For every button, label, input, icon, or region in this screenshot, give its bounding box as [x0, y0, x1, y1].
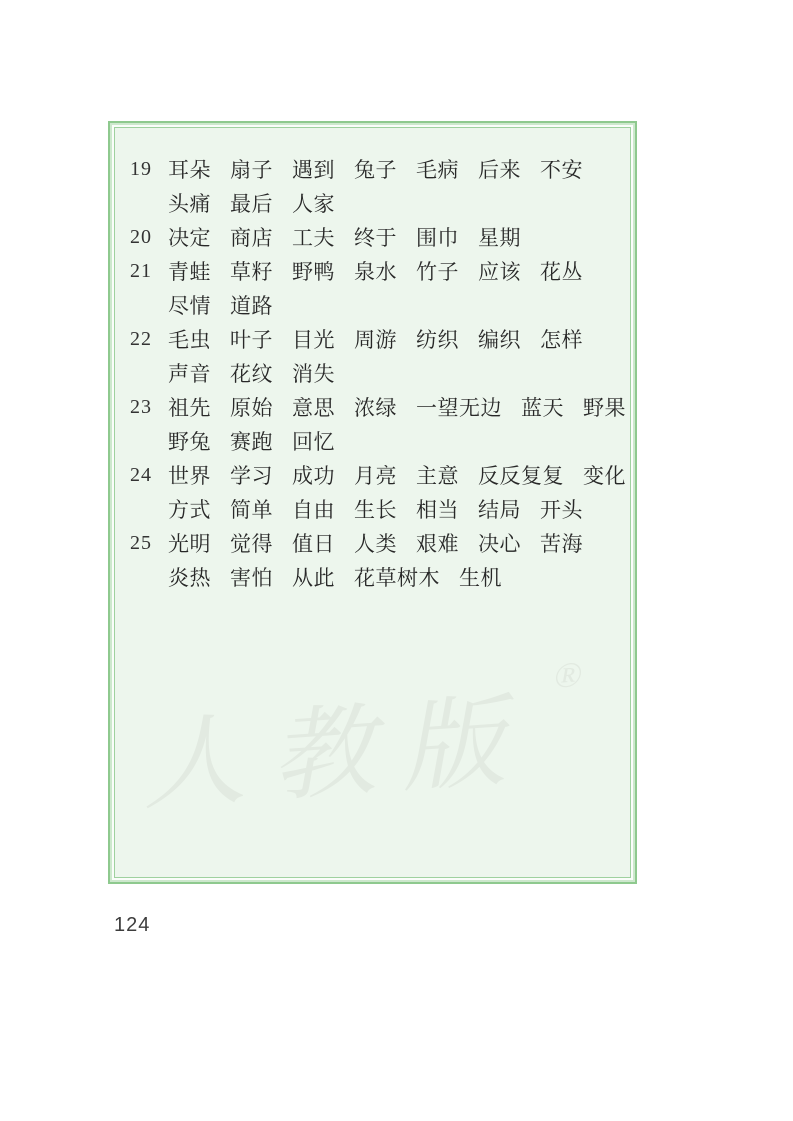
vocab-word: 叶子 — [230, 324, 273, 354]
vocab-word: 草籽 — [230, 256, 273, 286]
word-group: 尽情道路 — [168, 290, 273, 320]
word-group: 声音花纹消失 — [168, 358, 335, 388]
vocab-word: 不安 — [540, 154, 583, 184]
vocab-word: 遇到 — [292, 154, 335, 184]
vocab-word: 道路 — [230, 290, 273, 320]
vocab-word: 星期 — [478, 222, 521, 252]
vocab-word: 竹子 — [416, 256, 459, 286]
vocab-word: 纺织 — [416, 324, 459, 354]
vocab-word: 消失 — [292, 358, 335, 388]
vocab-word: 声音 — [168, 358, 211, 388]
vocab-line: 21青蛙草籽野鸭泉水竹子应该花丛 — [130, 254, 622, 288]
vocab-word: 浓绿 — [354, 392, 397, 422]
vocab-word: 一望无边 — [416, 392, 502, 422]
vocab-word: 花草树木 — [354, 562, 440, 592]
lesson-number: 19 — [130, 158, 168, 181]
lesson-number: 20 — [130, 226, 168, 249]
vocab-word: 赛跑 — [230, 426, 273, 456]
vocab-word: 尽情 — [168, 290, 211, 320]
vocab-line: 尽情道路 — [130, 288, 622, 322]
word-group: 祖先原始意思浓绿一望无边蓝天野果 — [168, 392, 626, 422]
vocab-word: 野兔 — [168, 426, 211, 456]
vocab-word: 工夫 — [292, 222, 335, 252]
vocab-word: 目光 — [292, 324, 335, 354]
vocab-line: 炎热害怕从此花草树木生机 — [130, 560, 622, 594]
lesson-number: 21 — [130, 260, 168, 283]
vocab-word: 头痛 — [168, 188, 211, 218]
vocab-line: 25光明觉得值日人类艰难决心苦海 — [130, 526, 622, 560]
vocab-word: 决定 — [168, 222, 211, 252]
vocab-word: 艰难 — [416, 528, 459, 558]
vocab-word: 商店 — [230, 222, 273, 252]
registered-trademark-icon: ® — [551, 654, 586, 696]
word-group: 光明觉得值日人类艰难决心苦海 — [168, 528, 583, 558]
vocab-word: 兔子 — [354, 154, 397, 184]
vocab-word: 应该 — [478, 256, 521, 286]
vocab-line: 头痛最后人家 — [130, 186, 622, 220]
word-group: 青蛙草籽野鸭泉水竹子应该花丛 — [168, 256, 583, 286]
vocab-word: 害怕 — [230, 562, 273, 592]
vocab-word: 蓝天 — [521, 392, 564, 422]
lesson-number: 23 — [130, 396, 168, 419]
vocab-line: 24世界学习成功月亮主意反反复复变化 — [130, 458, 622, 492]
vocabulary-box: 19耳朵扇子遇到兔子毛病后来不安头痛最后人家20决定商店工夫终于围巾星期21青蛙… — [108, 121, 637, 884]
vocab-line: 方式简单自由生长相当结局开头 — [130, 492, 622, 526]
vocab-word: 花纹 — [230, 358, 273, 388]
vocab-word: 毛虫 — [168, 324, 211, 354]
vocab-line: 声音花纹消失 — [130, 356, 622, 390]
vocab-word: 泉水 — [354, 256, 397, 286]
vocab-word: 觉得 — [230, 528, 273, 558]
vocab-word: 结局 — [478, 494, 521, 524]
vocab-word: 编织 — [478, 324, 521, 354]
word-group: 方式简单自由生长相当结局开头 — [168, 494, 583, 524]
vocab-word: 扇子 — [230, 154, 273, 184]
lesson-number: 25 — [130, 532, 168, 555]
word-group: 野兔赛跑回忆 — [168, 426, 335, 456]
word-group: 头痛最后人家 — [168, 188, 335, 218]
vocab-word: 耳朵 — [168, 154, 211, 184]
vocab-word: 人家 — [292, 188, 335, 218]
vocab-word: 世界 — [168, 460, 211, 490]
vocab-word: 主意 — [416, 460, 459, 490]
vocab-line: 19耳朵扇子遇到兔子毛病后来不安 — [130, 152, 622, 186]
vocab-line: 23祖先原始意思浓绿一望无边蓝天野果 — [130, 390, 622, 424]
vocab-line: 22毛虫叶子目光周游纺织编织怎样 — [130, 322, 622, 356]
vocab-word: 回忆 — [292, 426, 335, 456]
vocab-word: 毛病 — [416, 154, 459, 184]
vocab-word: 苦海 — [540, 528, 583, 558]
vocab-word: 围巾 — [416, 222, 459, 252]
vocab-line: 野兔赛跑回忆 — [130, 424, 622, 458]
vocab-word: 自由 — [292, 494, 335, 524]
vocab-word: 从此 — [292, 562, 335, 592]
vocab-word: 怎样 — [540, 324, 583, 354]
vocab-word: 后来 — [478, 154, 521, 184]
vocab-word: 变化 — [583, 460, 626, 490]
vocab-word: 周游 — [354, 324, 397, 354]
vocab-word: 终于 — [354, 222, 397, 252]
word-group: 毛虫叶子目光周游纺织编织怎样 — [168, 324, 583, 354]
vocab-line: 20决定商店工夫终于围巾星期 — [130, 220, 622, 254]
vocab-word: 决心 — [478, 528, 521, 558]
vocab-word: 学习 — [230, 460, 273, 490]
vocab-word: 意思 — [292, 392, 335, 422]
vocab-word: 成功 — [292, 460, 335, 490]
vocab-word: 人类 — [354, 528, 397, 558]
vocab-word: 生长 — [354, 494, 397, 524]
vocab-word: 相当 — [416, 494, 459, 524]
vocab-word: 炎热 — [168, 562, 211, 592]
vocab-word: 野鸭 — [292, 256, 335, 286]
vocab-word: 祖先 — [168, 392, 211, 422]
vocab-word: 反反复复 — [478, 460, 564, 490]
vocab-word: 开头 — [540, 494, 583, 524]
vocab-word: 方式 — [168, 494, 211, 524]
vocab-word: 生机 — [459, 562, 502, 592]
lesson-number: 24 — [130, 464, 168, 487]
vocab-word: 值日 — [292, 528, 335, 558]
vocab-word: 花丛 — [540, 256, 583, 286]
word-group: 炎热害怕从此花草树木生机 — [168, 562, 502, 592]
vocab-word: 最后 — [230, 188, 273, 218]
word-group: 耳朵扇子遇到兔子毛病后来不安 — [168, 154, 583, 184]
vocab-word: 野果 — [583, 392, 626, 422]
vocab-word: 简单 — [230, 494, 273, 524]
vocab-word: 月亮 — [354, 460, 397, 490]
vocab-word: 青蛙 — [168, 256, 211, 286]
vocab-word: 原始 — [230, 392, 273, 422]
vocab-word: 光明 — [168, 528, 211, 558]
word-group: 世界学习成功月亮主意反反复复变化 — [168, 460, 626, 490]
page-number: 124 — [114, 914, 150, 937]
lesson-number: 22 — [130, 328, 168, 351]
word-group: 决定商店工夫终于围巾星期 — [168, 222, 521, 252]
